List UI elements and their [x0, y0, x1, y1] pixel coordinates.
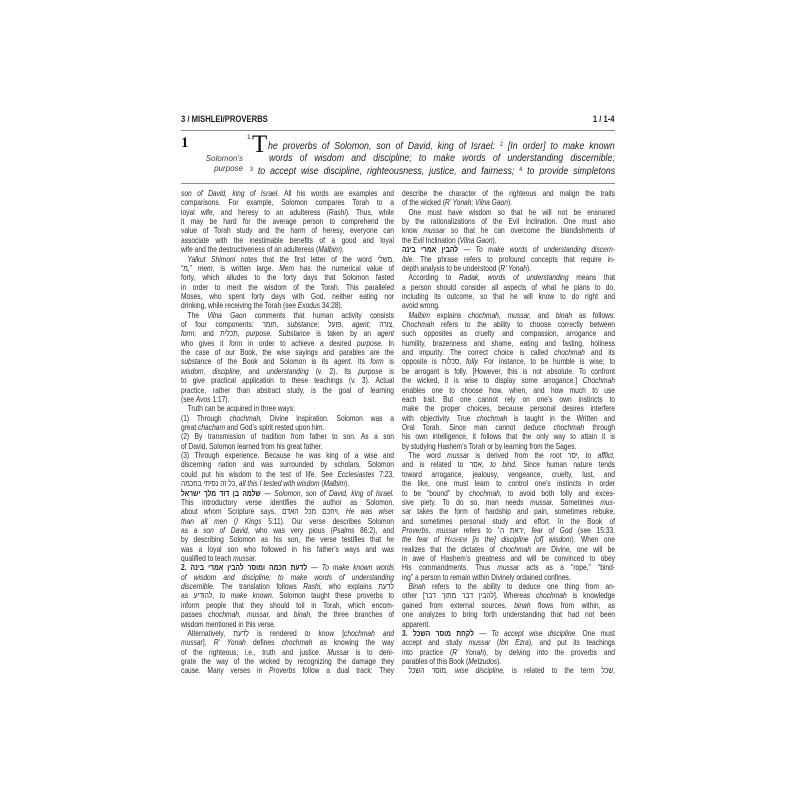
- italic-text-run: ible.: [402, 255, 414, 264]
- text-run: by describing Solomon as his son, the ve…: [181, 535, 394, 544]
- text-run: is derived from the root: [469, 451, 568, 460]
- commentary-line: the wicked, it is wise to display some a…: [402, 376, 615, 385]
- commentary-line: The word mussar is derived from the root…: [402, 451, 615, 460]
- commentary-line: This introductory verse identifies the a…: [181, 498, 394, 507]
- commentary-line: One must have wisdom so that he will not…: [402, 208, 615, 217]
- text-run: of the wicked (: [402, 198, 445, 207]
- text-run: a person should consider all aspects of …: [402, 283, 615, 292]
- commentary-line: the Evil Inclination (Vilna Gaon).: [402, 236, 615, 245]
- text-run: and is related to: [402, 460, 470, 469]
- commentary-line: depth analysis to be understood (R’ Yona…: [402, 264, 615, 273]
- text-run: 86:2), and: [355, 526, 394, 535]
- text-run: value of Torah study and the harm of her…: [181, 226, 394, 235]
- text-run: as follows:: [572, 311, 615, 320]
- italic-text-run: Binah: [409, 582, 426, 591]
- text-run: his own intelligence, it follows that th…: [402, 432, 615, 441]
- text-run: The phrase refers to profound concepts t…: [414, 255, 615, 264]
- small-caps-text-run: Hashem: [445, 535, 467, 544]
- commentary-line: cause. Many verses in Proverbs follow a …: [181, 666, 394, 675]
- commentary-line: parables of this Book (Metzudos).: [402, 657, 615, 666]
- text-run: Solomon taught these proverbs to: [274, 591, 394, 600]
- text-run: into practice (: [402, 648, 452, 657]
- text-run: and God’s spirit rested upon him.: [225, 423, 324, 432]
- italic-text-run: chochmah and: [344, 629, 394, 638]
- italic-text-run: mussar: [181, 638, 203, 647]
- text-run: ). Thus, while: [346, 208, 394, 217]
- italic-text-run: discernible.: [181, 582, 215, 591]
- commentary-line: passes chochmah, mussar, and binah, the …: [181, 610, 394, 619]
- text-run: follow a dual track: They: [296, 666, 394, 675]
- commentary-line: his own intelligence, it follows that th…: [402, 432, 615, 441]
- text-run: explains: [430, 311, 468, 320]
- text-run: acts as a “rope,” “bind-: [519, 563, 615, 572]
- verse-commentary-divider: [181, 183, 615, 184]
- text-run: is taught in the Written and: [507, 414, 615, 423]
- commentary-line: כל זה נסיתי בחכמה, all this I tested wit…: [181, 479, 394, 488]
- text-run: According to: [409, 273, 459, 282]
- commentary-line: מוסר השכל, wise discipline, is related t…: [402, 666, 615, 675]
- commentary-line: inform people that they should toil in T…: [181, 601, 394, 610]
- text-run: including its outcome, so that he will k…: [402, 292, 615, 301]
- commentary-line: could put his wisdom to the test of life…: [181, 470, 394, 479]
- text-run: The word: [409, 451, 448, 460]
- text-run: ,: [392, 255, 394, 264]
- italic-text-run: wisdom, discipline,: [181, 367, 242, 376]
- text-run: and: [196, 329, 220, 338]
- text-run: ,: [524, 526, 531, 535]
- text-run: such opposites as cruelty and compassion…: [402, 329, 615, 338]
- text-run: 34:28).: [320, 301, 343, 310]
- commentary-line: great chacham and God’s spirit rested up…: [181, 423, 394, 432]
- italic-text-run: Yalkut Shimoni: [188, 255, 236, 264]
- commentary-left-column: son of David, king of Israel. All his wo…: [181, 189, 394, 676]
- text-run: the case of our Book, the wise sayings a…: [181, 348, 394, 357]
- running-head-book-title: 3 / MISHLEI/PROVERBS: [181, 114, 268, 124]
- header-rule: [181, 130, 615, 131]
- italic-text-run: To make known words: [322, 563, 394, 572]
- hebrew-text-run: שכל: [601, 666, 613, 675]
- commentary-line: with objectivity. True chochmah is taugh…: [402, 414, 615, 423]
- text-run: ).: [527, 264, 531, 273]
- commentary-line: 2. לדעת חכמה ומוסר להבין אמרי בינה — To …: [181, 563, 394, 572]
- italic-text-run: Mem: [279, 264, 294, 273]
- chapter-number: 1: [181, 135, 189, 151]
- hebrew-text-run: תכלית: [220, 329, 238, 338]
- commentary-line: 3. לקחת מוסר השכל — To accept wise disci…: [402, 629, 615, 638]
- italic-text-run: purpose: [358, 367, 382, 376]
- text-run: who was very pious (: [250, 526, 333, 535]
- text-run: ,: [482, 460, 490, 469]
- margin-note-line: purpose: [206, 164, 243, 174]
- text-run: associate with the inestimable benefits …: [181, 236, 394, 245]
- commentary-line: accept and study mussar (Ibn Ezra), and …: [402, 638, 615, 647]
- commentary-line: discerning nation and was surrounded by …: [181, 460, 394, 469]
- text-run: For instance, to be humble is wise; to: [479, 357, 615, 366]
- italic-text-run: mussar.: [530, 498, 553, 507]
- commentary-line: realizes that the dictates of chochmah a…: [402, 545, 615, 554]
- text-run: could put his wisdom to the test of life…: [181, 470, 337, 479]
- italic-text-run: folly.: [466, 357, 479, 366]
- bold-text-run: 3.: [402, 629, 413, 638]
- hebrew-text-run: חומר: [262, 320, 276, 329]
- text-run: ,”: [188, 264, 198, 273]
- commentary-line: by the rationalizations of the Evil Incl…: [402, 217, 615, 226]
- italic-text-run: Psalms: [333, 526, 355, 535]
- text-run: ), by delving into the proverbs and: [484, 648, 615, 657]
- commentary-line: by describing Solomon as his son, the ve…: [181, 535, 394, 544]
- text-run: great: [181, 423, 198, 432]
- text-run: (see 15:33,: [572, 526, 615, 535]
- text-run: to give practical application to these t…: [181, 376, 394, 385]
- commentary-line: in order to merit the wisdom of the Tora…: [181, 283, 394, 292]
- commentary-line: value of Torah study and the harm of her…: [181, 226, 394, 235]
- text-run: with objectivity. True: [402, 414, 477, 423]
- commentary-line: the like, one must learn to control one’…: [402, 479, 615, 488]
- drop-cap: T: [252, 132, 267, 157]
- italic-text-run: To make words of understanding discern-: [475, 245, 615, 254]
- italic-text-run: agent;: [352, 320, 371, 329]
- italic-text-run: R’ Yonah: [452, 648, 484, 657]
- italic-text-run: chochmah, mussar,: [208, 610, 270, 619]
- commentary-line: apparent.: [402, 620, 615, 629]
- italic-text-run: to make known.: [220, 591, 274, 600]
- text-run: (1) Through: [181, 414, 229, 423]
- italic-text-run: He was wiser: [346, 507, 394, 516]
- text-run: make the proper choices, because persona…: [402, 404, 615, 413]
- text-run: takes the form of hardship and pain, som…: [411, 507, 615, 516]
- italic-text-run: R’ Yonah; Vilna Gaon: [445, 198, 508, 207]
- italic-text-run: sar: [402, 507, 411, 516]
- italic-text-run: Avos: [196, 395, 211, 404]
- commentary-line: Oral Torah. Since man cannot deduce choc…: [402, 423, 615, 432]
- hebrew-text-run: צורה: [379, 320, 392, 329]
- text-run: forty, which alludes to the forty days t…: [181, 273, 394, 282]
- italic-text-run: mussar: [423, 226, 445, 235]
- commentary-line: know mussar so that he can overcome the …: [402, 226, 615, 235]
- commentary-line: loyal wife, and heresy to an adulteress …: [181, 208, 394, 217]
- italic-text-run: purpose. Substance: [246, 329, 310, 338]
- text-run: by the rationalizations of the Evil Incl…: [402, 217, 615, 226]
- text-run: ing” a person to remain within Divinely …: [402, 573, 571, 582]
- text-run: His commandments. Thus: [402, 563, 497, 572]
- text-run: ).: [508, 198, 512, 207]
- italic-text-run: Ibn Ezra: [499, 638, 529, 647]
- text-run: (3) Through experience. Because he was k…: [181, 451, 394, 460]
- text-run: ).: [340, 245, 344, 254]
- italic-text-run: purpose.: [357, 339, 383, 348]
- text-run: ,: [238, 329, 246, 338]
- commentary-line: According to Radak, words of understandi…: [402, 273, 615, 282]
- italic-text-run: son of David,: [203, 526, 249, 535]
- text-run: who explains: [322, 582, 378, 591]
- text-run: and: [242, 367, 267, 376]
- text-run: in awe of Hashem’s greatness and will be…: [402, 554, 615, 563]
- text-run: and sometimes personal study and effort.…: [402, 517, 615, 526]
- text-run: loyal wife, and heresy to an adulteress …: [181, 208, 329, 217]
- commentary-line: into practice (R’ Yonah), by delving int…: [402, 648, 615, 657]
- commentary-line: including its outcome, so that he will k…: [402, 292, 615, 301]
- text-run: toward arrogance, jealousy, vengeance, c…: [402, 470, 615, 479]
- text-run: qualified to teach: [181, 554, 233, 563]
- text-run: The: [188, 311, 208, 320]
- commentary-line: gained from external sources, binah flow…: [402, 601, 615, 610]
- italic-text-run: Proverbs: [269, 666, 296, 675]
- italic-text-run: chochmah: [500, 545, 531, 554]
- commentary-line: Malbim explains chochmah, mussar, and bi…: [402, 311, 615, 320]
- commentary-line: to be “bound” by chochmah, to avoid both…: [402, 489, 615, 498]
- commentary-line: it may be hard for the average person to…: [181, 217, 394, 226]
- italic-text-run: to accept wise discipline, righteousness…: [253, 166, 519, 177]
- text-run: and: [270, 610, 293, 619]
- italic-text-run: agent.: [334, 357, 353, 366]
- text-run: has the numerical value of: [294, 264, 394, 273]
- commentary-line: of the righteous; i.e., truth and justic…: [181, 648, 394, 657]
- commentary-line: mussar]. R’ Yonah defines chochmah as kn…: [181, 638, 394, 647]
- commentary-line: substance of the Book and Solomon is its…: [181, 357, 394, 366]
- commentary-line: toward arrogance, jealousy, vengeance, c…: [402, 470, 615, 479]
- text-run: avoid wrong.: [402, 301, 440, 310]
- text-run: refers to: [458, 526, 497, 535]
- running-head-chapter-verse: 1 / 1-4: [593, 114, 615, 124]
- text-run: is to deni-: [349, 648, 394, 657]
- text-run: ]. Whereas: [494, 591, 536, 600]
- commentary-line: grate the way of the wicked by recognizi…: [181, 657, 394, 666]
- hebrew-text-run: להודיע: [194, 591, 213, 600]
- italic-text-run: the fear of: [402, 535, 445, 544]
- text-run: the wicked, it is wise to display some a…: [402, 376, 583, 385]
- text-run: know: [402, 226, 423, 235]
- commentary-line: and sometimes personal study and effort.…: [402, 517, 615, 526]
- hebrew-lemma: לדעת חכמה ומוסר להבין אמרי בינה: [191, 563, 308, 572]
- commentary-line: son of David, king of Israel. All his wo…: [181, 189, 394, 198]
- hebrew-text-run: להבין דבר מתוך דבר: [425, 591, 494, 600]
- italic-text-run: mussar.: [233, 554, 256, 563]
- text-run: One must have wisdom so that he will not…: [409, 208, 616, 217]
- text-run: grate the way of the wicked by recognizi…: [181, 657, 394, 666]
- commentary-line: about whom Scripture says, ויחכם מכל האד…: [181, 507, 394, 516]
- commentary-line: discernible. The translation follows Ras…: [181, 582, 394, 591]
- italic-text-run: form: [229, 339, 242, 348]
- hebrew-text-run: ויחכם מכל האדם: [282, 507, 338, 516]
- text-run: comments that human activity consists: [246, 311, 394, 320]
- italic-text-run: understanding: [267, 367, 309, 376]
- margin-note: Solomon’s purpose: [206, 154, 243, 174]
- text-run: ).: [493, 236, 497, 245]
- text-run: about whom Scripture says,: [181, 507, 282, 516]
- text-run: drinking, while receiving the Torah (see: [181, 301, 298, 310]
- italic-text-run: form: [370, 357, 383, 366]
- hebrew-lemma: להבין אמרי בינה: [402, 245, 458, 254]
- italic-text-run: chochmah: [282, 638, 313, 647]
- text-run: apparent.: [402, 620, 430, 629]
- text-run: is: [382, 367, 394, 376]
- text-run: Since human nature tends: [517, 460, 615, 469]
- verse-text-line: he proverbs of Solomon, son of David, ki…: [268, 140, 615, 153]
- text-run: accept and study: [402, 638, 469, 647]
- text-run: it may be hard for the average person to…: [181, 217, 394, 226]
- italic-text-run: chochmah,: [229, 414, 262, 423]
- italic-text-run: binah: [514, 601, 530, 610]
- commentary-line: as a son of David, who was very pious (P…: [181, 526, 394, 535]
- italic-text-run: To accept wise discipline.: [491, 629, 577, 638]
- commentary-line: ing” a person to remain within Divinely …: [402, 573, 615, 582]
- commentary-line: (3) Through experience. Because he was k…: [181, 451, 394, 460]
- commentary-line: other [להבין דבר מתוך דבר]. Whereas choc…: [402, 591, 615, 600]
- commentary-line: sive piety. To do so, man needs mussar. …: [402, 498, 615, 507]
- text-run: realizes that the dictates of: [402, 545, 500, 554]
- text-run: (2) By transmission of tradition from fa…: [181, 432, 394, 441]
- text-run: as knowing the way: [312, 638, 394, 647]
- italic-text-run: Solomon, son of David, king of Israel.: [274, 489, 394, 498]
- text-run: the three branches of: [312, 610, 394, 619]
- italic-text-run: Vilna Gaon: [207, 311, 246, 320]
- hebrew-text-run: סכלות: [442, 357, 460, 366]
- text-run: practice, rather than abstract study, is…: [181, 386, 394, 395]
- text-run: —: [458, 245, 475, 254]
- text-run: The translation follows: [215, 582, 304, 591]
- commentary-line: who gives it form in order to achieve a …: [181, 339, 394, 348]
- commentary-line: of David, Solomon learned from his great…: [181, 442, 394, 451]
- hebrew-text-run: לדעת: [233, 629, 249, 638]
- italic-text-run: binah: [556, 311, 572, 320]
- text-run: sive piety. To do so, man needs: [402, 498, 530, 507]
- commentary-line: Truth can be acquired in three ways:: [181, 404, 394, 413]
- italic-text-run: Malbim: [324, 479, 345, 488]
- italic-text-run: Metzudos: [468, 657, 497, 666]
- text-run: Sometimes: [554, 498, 601, 507]
- commentary-line: Chochmah refers to the ability to choose…: [402, 320, 615, 329]
- italic-text-run: to know: [305, 629, 334, 638]
- text-run: of David, Solomon learned from his great…: [181, 442, 322, 451]
- commentary-line: wife and the destructiveness of an adult…: [181, 245, 394, 254]
- text-run: wisdom mentioned in this verse.: [181, 620, 276, 629]
- text-run: ,: [392, 320, 394, 329]
- text-run: ). When one: [571, 535, 615, 544]
- text-run: (v. 2). Its: [309, 367, 358, 376]
- commentary-line: avoid wrong.: [402, 301, 615, 310]
- text-run: of four components:: [181, 320, 262, 329]
- text-run: who gives it: [181, 339, 229, 348]
- text-run: refers to the ability to deduce one thin…: [426, 582, 615, 591]
- commentary-line: opposite is סכלות, folly. For instance, …: [402, 357, 615, 366]
- text-run: of the Book and Solomon is its: [211, 357, 334, 366]
- hebrew-text-run: לדעת: [378, 582, 394, 591]
- text-run: (see: [181, 395, 196, 404]
- text-run: is knowledge: [567, 591, 615, 600]
- italic-text-run: words of wisdom and discipline; to make …: [269, 153, 615, 164]
- italic-text-run: mussar: [447, 451, 469, 460]
- commentary-line: than all men (I Kings 5:11). Our verse d…: [181, 517, 394, 526]
- text-run: ,: [446, 666, 455, 675]
- text-run: ,: [212, 591, 219, 600]
- text-run: opposite is: [402, 357, 442, 366]
- hebrew-text-run: יסר: [568, 451, 578, 460]
- italic-text-run: mem,: [198, 264, 215, 273]
- text-run: is: [384, 357, 394, 366]
- commentary-line: Alternatively, לדעת is rendered to know …: [181, 629, 394, 638]
- hebrew-text-run: כל זה נסיתי בחכמה: [181, 479, 235, 488]
- text-run: ,: [277, 320, 288, 329]
- italic-text-run: to afflict,: [586, 451, 615, 460]
- text-run: notes that the first letter of the word: [235, 255, 377, 264]
- text-run: are Divine, one will be: [531, 545, 615, 554]
- commentary-line: was a loyal son who followed in his fath…: [181, 545, 394, 554]
- hebrew-text-run: משלי: [378, 255, 393, 264]
- italic-text-run: Chochmah: [402, 320, 434, 329]
- commentary-line: each trait. But one cannot rely on one’s…: [402, 395, 615, 404]
- italic-text-run: Rashi,: [303, 582, 322, 591]
- text-run: is rendered: [249, 629, 305, 638]
- italic-text-run: Mussar: [327, 648, 349, 657]
- text-run: ].: [203, 638, 214, 647]
- italic-text-run: chochmah: [554, 423, 585, 432]
- verse-number: 1: [247, 134, 251, 141]
- italic-text-run: Exodus: [298, 301, 320, 310]
- text-run: as: [181, 591, 194, 600]
- italic-text-run: [is the] discipline [of] wisdom: [467, 535, 571, 544]
- italic-text-run: all this I tested with wisdom: [239, 479, 320, 488]
- commentary-line: wisdom mentioned in this verse.: [181, 620, 394, 629]
- text-run: in order to achieve a desired: [242, 339, 356, 348]
- text-run: means that: [569, 273, 615, 282]
- italic-text-run: form;: [181, 329, 196, 338]
- italic-text-run: chochmah: [554, 348, 585, 357]
- commentary-line: of the wicked (R’ Yonah; Vilna Gaon).: [402, 198, 615, 207]
- commentary-line: such opposites as cruelty and compassion…: [402, 329, 615, 338]
- commentary-line: practice, rather than abstract study, is…: [181, 386, 394, 395]
- italic-text-run: mussar: [497, 563, 519, 572]
- commentary-line: a person should consider all aspects of …: [402, 283, 615, 292]
- text-run: —: [261, 489, 275, 498]
- text-run: and impurity. The correct choice is call…: [402, 348, 554, 357]
- commentary-line: associate with the inestimable benefits …: [181, 236, 394, 245]
- text-run: to be “bound” by: [402, 489, 469, 498]
- text-run: ,: [338, 507, 346, 516]
- text-run: Truth can be acquired in three ways:: [188, 404, 295, 413]
- italic-text-run: Ecclesiastes: [337, 470, 374, 479]
- italic-text-run: Proverbs, mussar: [402, 526, 458, 535]
- text-run: other [: [402, 591, 425, 600]
- italic-text-run: he proverbs of Solomon, son of David, ki…: [268, 141, 500, 152]
- italic-text-run: mussar: [469, 638, 491, 647]
- italic-text-run: binah,: [294, 610, 312, 619]
- commentary-line: in awe of Hashem’s greatness and will be…: [402, 554, 615, 563]
- text-run: 1:17).: [210, 395, 229, 404]
- verse-text-line: words of wisdom and discipline; to make …: [269, 152, 615, 165]
- text-run: to avoid both folly and exces-: [502, 489, 615, 498]
- text-run: parables of this Book (: [402, 657, 468, 666]
- italic-text-run: son of David, king of Israel.: [181, 189, 279, 198]
- commentary-right-column: describe the character of the righteous …: [402, 189, 615, 676]
- text-run: of the righteous; i.e., truth and justic…: [181, 648, 327, 657]
- text-run: gained from external sources,: [402, 601, 514, 610]
- commentary-line: of four components: חומר, substance; פוע…: [181, 320, 394, 329]
- verse-number: 4: [519, 167, 522, 173]
- italic-text-run: Chochmah: [583, 376, 615, 385]
- text-run: in order to merit the wisdom of the Tora…: [181, 283, 394, 292]
- text-run: enables one to choose how, when, and how…: [402, 386, 615, 395]
- hebrew-lemma: לקחת מוסר השכל: [413, 629, 474, 638]
- commentary-line: make the proper choices, because persona…: [402, 404, 615, 413]
- italic-text-run: substance: [181, 357, 211, 366]
- text-run: is taken by an: [310, 329, 378, 338]
- italic-text-run: chochmah, mussar,: [468, 311, 531, 320]
- italic-text-run: chochmah: [536, 591, 567, 600]
- text-run: Moses, who spent forty days with God, ne…: [181, 292, 394, 301]
- text-run: One must: [577, 629, 615, 638]
- text-run: so that he can overcome the blandishment…: [445, 226, 615, 235]
- text-run: cause. Many verses in: [181, 666, 269, 675]
